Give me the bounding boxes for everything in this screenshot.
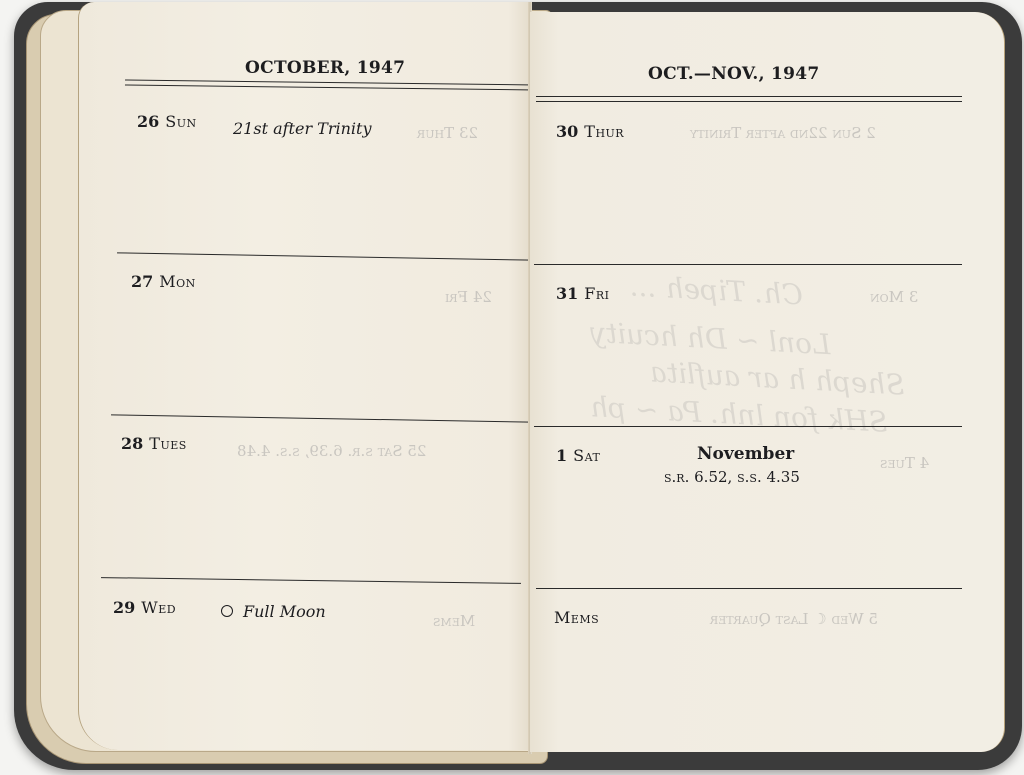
day-divider — [534, 264, 962, 265]
bleed-through-text: 24 Fri — [445, 288, 492, 306]
day-number: 29 — [113, 598, 135, 617]
day-divider — [111, 414, 531, 422]
day-of-week: Sun — [165, 112, 196, 131]
day-divider — [101, 577, 521, 584]
full-moon-label: Full Moon — [243, 602, 326, 621]
bleed-through-text: 3 Mon — [870, 288, 918, 306]
day-of-week: Thur — [584, 122, 624, 141]
bleed-through-text: 2 Sun 22nd after Trinity — [690, 124, 876, 142]
day-number: 26 — [137, 112, 159, 131]
day-of-week: Mon — [159, 272, 196, 291]
right-page: OCT.—NOV., 1947 2 Sun 22nd after Trinity… — [530, 12, 1005, 752]
sunset-time: 4.35 — [767, 468, 800, 486]
header-double-rule — [125, 79, 535, 90]
bleed-through-handwriting: Lonl ~ Dh hcuity — [589, 316, 831, 362]
day-entry-27: 27Mon — [131, 272, 196, 291]
bleed-through-text: 4 Tues — [880, 454, 929, 472]
day-of-week: Wed — [141, 598, 176, 617]
sunset-label: s.s. — [737, 468, 762, 486]
day-divider — [534, 426, 962, 427]
day-entry-28: 28Tues — [121, 434, 187, 453]
bleed-through-text: 25 Sat s.r. 6.39, s.s. 4.48 — [237, 442, 426, 460]
left-page: OCTOBER, 1947 23 Thur 26Sun 21st after T… — [78, 2, 531, 750]
day-divider — [117, 252, 533, 260]
month-title-november: November — [697, 444, 794, 464]
day-entry-31: 31Fri — [556, 284, 610, 303]
day-entry-29: 29Wed — [113, 598, 176, 617]
page-title-oct-nov: OCT.—NOV., 1947 — [648, 64, 820, 84]
bleed-through-text: 23 Thur — [417, 124, 478, 142]
day-number: 28 — [121, 434, 143, 453]
sunrise-sunset-times: s.r. 6.52, s.s. 4.35 — [664, 468, 800, 486]
full-moon-icon — [221, 605, 233, 617]
day-number: 31 — [556, 284, 578, 303]
day-number: 1 — [556, 446, 567, 465]
day-divider — [536, 588, 962, 589]
bleed-through-handwriting: Ch. Tipeh ... — [629, 269, 804, 311]
day-of-week: Sat — [573, 446, 600, 465]
full-moon-note: Full Moon — [221, 602, 326, 621]
day-number: 30 — [556, 122, 578, 141]
page-title-october: OCTOBER, 1947 — [245, 58, 405, 78]
mems-label: Mems — [554, 608, 599, 627]
bleed-through-text: Mems — [433, 612, 475, 630]
day-entry-26: 26Sun — [137, 112, 197, 131]
day-entry-30: 30Thur — [556, 122, 624, 141]
sunrise-time: 6.52 — [694, 468, 727, 486]
mems-section: Mems — [554, 608, 599, 627]
day-of-week: Fri — [584, 284, 609, 303]
day-number: 27 — [131, 272, 153, 291]
day-entry-1: 1Sat — [556, 446, 600, 465]
header-double-rule — [536, 96, 962, 102]
day-note-trinity: 21st after Trinity — [233, 119, 372, 138]
sunrise-label: s.r. — [664, 468, 689, 486]
bleed-through-text: 5 Wed ☾ Last Quarter — [710, 610, 878, 628]
day-of-week: Tues — [149, 434, 187, 453]
